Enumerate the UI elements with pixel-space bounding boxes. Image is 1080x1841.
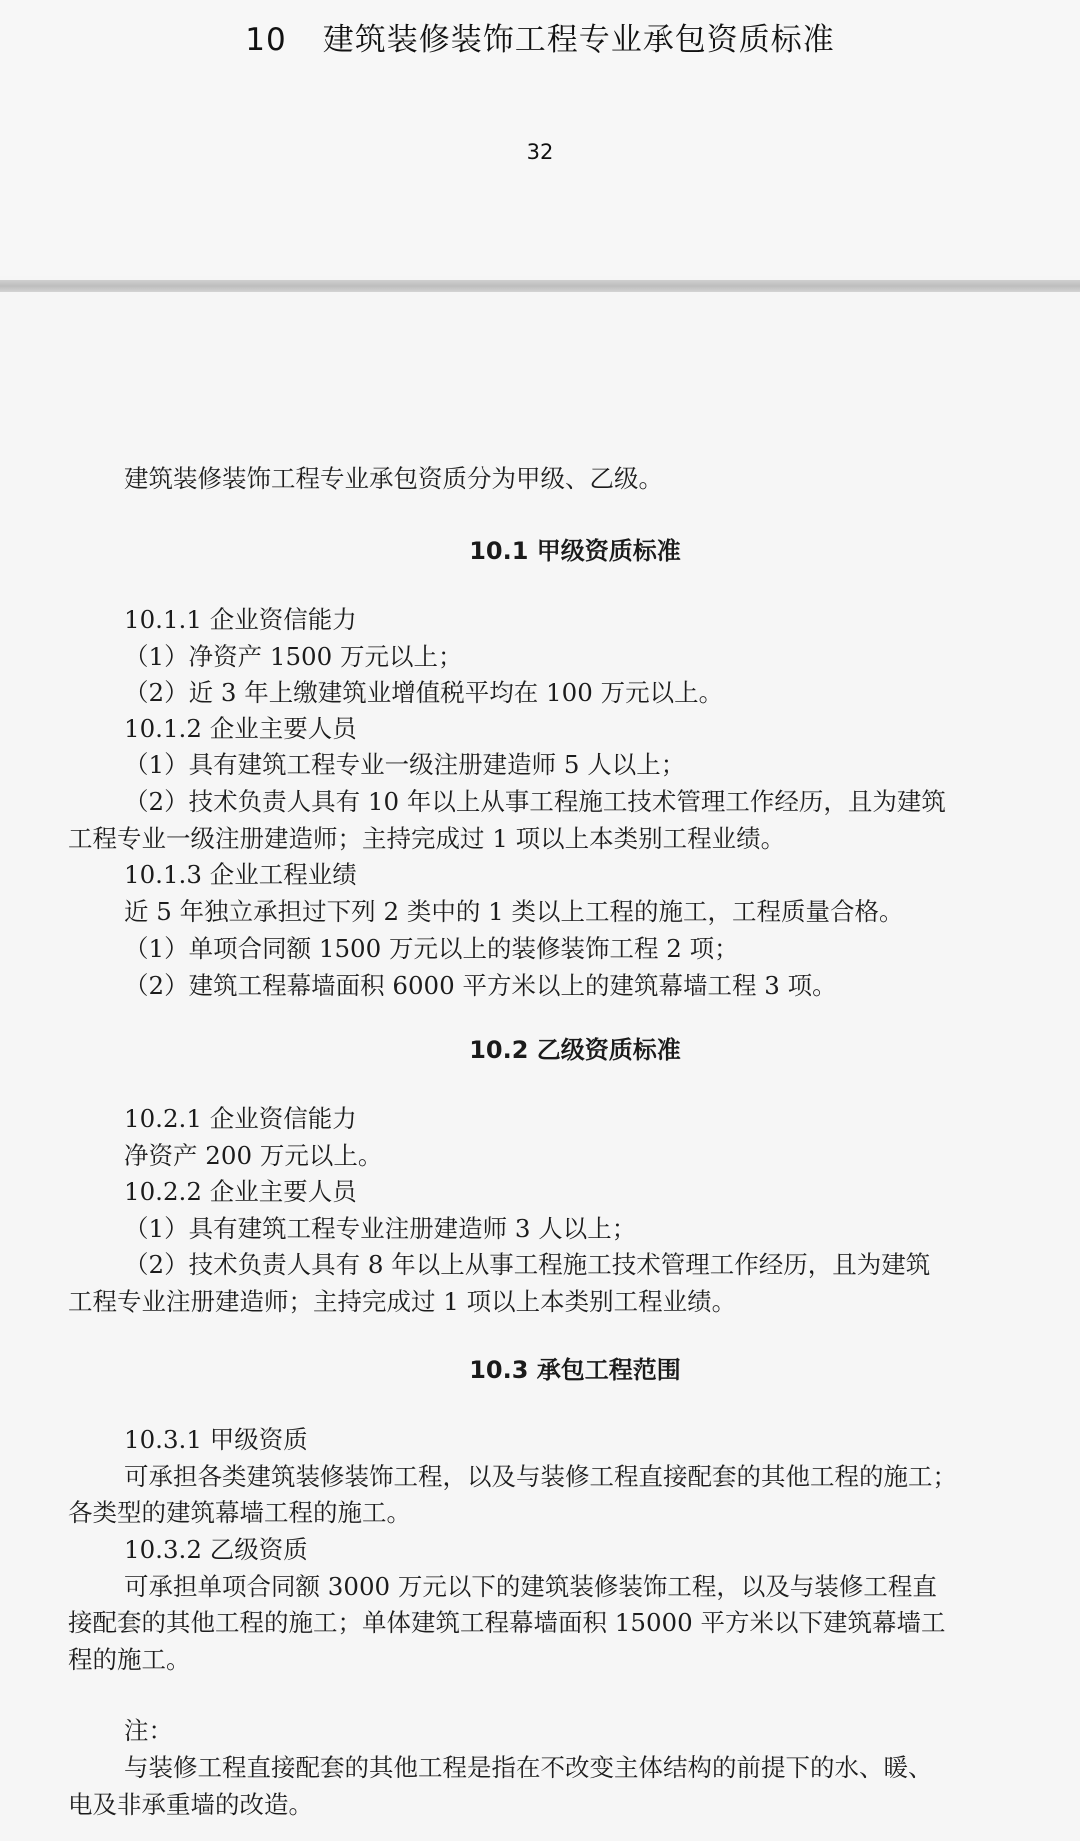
chapter-title-text: 建筑装修装饰工程专业承包资质标准 <box>323 22 835 58</box>
note-text-continuation: 电及非承重墙的改造。 <box>68 1786 313 1821</box>
list-item: （2）技术负责人具有 8 年以上从事工程施工技术管理工作经历，且为建筑 <box>124 1246 930 1281</box>
paragraph: 可承担各类建筑装修装饰工程，以及与装修工程直接配套的其他工程的施工； <box>124 1458 957 1493</box>
subsection-heading: 10.1.2 企业主要人员 <box>124 710 357 745</box>
subsection-heading: 10.1.3 企业工程业绩 <box>124 856 357 891</box>
list-item: （2）近 3 年上缴建筑业增值税平均在 100 万元以上。 <box>124 674 723 709</box>
page-divider <box>0 280 1080 292</box>
section-heading-10-1: 10.1 甲级资质标准 <box>0 531 1080 566</box>
paragraph-continuation: 各类型的建筑幕墙工程的施工。 <box>68 1494 411 1529</box>
list-item: （2）技术负责人具有 10 年以上从事工程施工技术管理工作经历，且为建筑 <box>124 783 946 818</box>
paragraph-continuation: 接配套的其他工程的施工；单体建筑工程幕墙面积 15000 平方米以下建筑幕墙工 <box>68 1604 946 1639</box>
list-item: （1）单项合同额 1500 万元以上的装修装饰工程 2 项； <box>124 930 739 965</box>
list-item: （1）具有建筑工程专业一级注册建造师 5 人以上； <box>124 746 685 781</box>
note-label: 注： <box>124 1712 173 1747</box>
subsection-heading: 10.2.2 企业主要人员 <box>124 1173 357 1208</box>
list-item: （1）具有建筑工程专业注册建造师 3 人以上； <box>124 1210 636 1245</box>
note-text: 与装修工程直接配套的其他工程是指在不改变主体结构的前提下的水、暖、 <box>124 1749 933 1784</box>
section-heading-10-3: 10.3 承包工程范围 <box>0 1350 1080 1385</box>
chapter-title: 10建筑装修装饰工程专业承包资质标准 <box>0 14 1080 59</box>
subsection-heading: 10.2.1 企业资信能力 <box>124 1100 357 1135</box>
subsection-heading: 10.3.2 乙级资质 <box>124 1531 308 1566</box>
paragraph: 近 5 年独立承担过下列 2 类中的 1 类以上工程的施工，工程质量合格。 <box>124 893 904 928</box>
paragraph: 净资产 200 万元以上。 <box>124 1137 382 1172</box>
list-item: （2）建筑工程幕墙面积 6000 平方米以上的建筑幕墙工程 3 项。 <box>124 967 837 1002</box>
intro-paragraph: 建筑装修装饰工程专业承包资质分为甲级、乙级。 <box>124 460 663 495</box>
list-item: （1）净资产 1500 万元以上； <box>124 638 463 673</box>
subsection-heading: 10.3.1 甲级资质 <box>124 1421 308 1456</box>
paragraph: 可承担单项合同额 3000 万元以下的建筑装修装饰工程，以及与装修工程直 <box>124 1568 937 1603</box>
paragraph-continuation: 程的施工。 <box>68 1641 191 1676</box>
list-item-continuation: 工程专业一级注册建造师；主持完成过 1 项以上本类别工程业绩。 <box>68 820 785 855</box>
section-heading-10-2: 10.2 乙级资质标准 <box>0 1030 1080 1065</box>
page-number: 32 <box>0 140 1080 164</box>
subsection-heading: 10.1.1 企业资信能力 <box>124 601 357 636</box>
list-item-continuation: 工程专业注册建造师；主持完成过 1 项以上本类别工程业绩。 <box>68 1283 736 1318</box>
chapter-number: 10 <box>245 22 286 58</box>
previous-page-region: 10建筑装修装饰工程专业承包资质标准 32 <box>0 0 1080 276</box>
